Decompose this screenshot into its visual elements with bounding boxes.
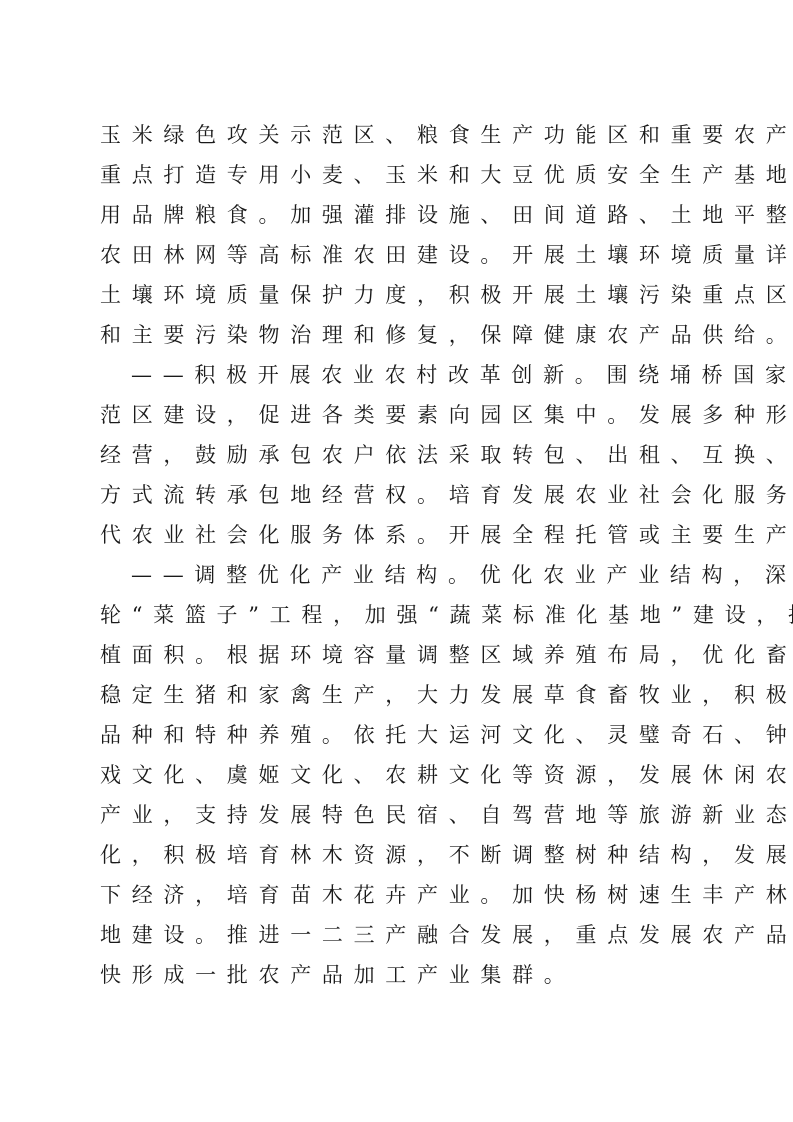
text-line: 产业，支持发展特色民宿、自驾营地等旅游新业态。依托荒山绿 <box>100 795 710 835</box>
paragraph-1: 玉米绿色攻关示范区、粮食生产功能区和重要农产品生产保护区。 重点打造专用小麦、玉… <box>100 115 710 355</box>
text-line: 轮“菜篮子”工程，加强“蔬菜标准化基地”建设，提高设施蔬菜种 <box>100 595 710 635</box>
text-line: 稳定生猪和家禽生产，大力发展草食畜牧业，积极发展地方特色 <box>100 675 710 715</box>
text-line: 代农业社会化服务体系。开展全程托管或主要生产环节托管。 <box>100 515 710 555</box>
text-line: 戏文化、虞姬文化、农耕文化等资源，发展休闲农业和生态旅游 <box>100 755 710 795</box>
text-line: ——积极开展农业农村改革创新。围绕埇桥国家现代农业示 <box>100 355 710 395</box>
body-text: 玉米绿色攻关示范区、粮食生产功能区和重要农产品生产保护区。 重点打造专用小麦、玉… <box>100 115 710 995</box>
text-line: 重点打造专用小麦、玉米和大豆优质安全生产基地，大力发展专 <box>100 155 710 195</box>
text-line: 下经济，培育苗木花卉产业。加快杨树速生丰产林等林木产业基 <box>100 875 710 915</box>
text-line: 化，积极培育林木资源，不断调整树种结构，发展平原林业和林 <box>100 835 710 875</box>
text-line: ——调整优化产业结构。优化农业产业结构，深入实施新一 <box>100 555 710 595</box>
text-line: 农田林网等高标准农田建设。开展土壤环境质量详查，切实加大 <box>100 235 710 275</box>
text-line: 品种和特种养殖。依托大运河文化、灵璧奇石、钟馗文化、泗州 <box>100 715 710 755</box>
text-line: 地建设。推进一二三产融合发展，重点发展农产品精深加工，加 <box>100 915 710 955</box>
paragraph-3: ——调整优化产业结构。优化农业产业结构，深入实施新一 轮“菜篮子”工程，加强“蔬… <box>100 555 710 995</box>
text-line: 范区建设，促进各类要素向园区集中。发展多种形式的适度规模 <box>100 395 710 435</box>
text-line: 用品牌粮食。加强灌排设施、田间道路、土地平整、土壤增肥、 <box>100 195 710 235</box>
document-page: 玉米绿色攻关示范区、粮食生产功能区和重要农产品生产保护区。 重点打造专用小麦、玉… <box>0 0 793 1122</box>
text-line: 经营，鼓励承包农户依法采取转包、出租、互换、转让及入股等 <box>100 435 710 475</box>
text-line: 植面积。根据环境容量调整区域养殖布局，优化畜禽养殖结构， <box>100 635 710 675</box>
text-line: 土壤环境质量保护力度，积极开展土壤污染重点区域、重点行业 <box>100 275 710 315</box>
text-line: 方式流转承包地经营权。培育发展农业社会化服务组织，建立现 <box>100 475 710 515</box>
text-line: 玉米绿色攻关示范区、粮食生产功能区和重要农产品生产保护区。 <box>100 115 710 155</box>
text-line: 快形成一批农产品加工产业集群。 <box>100 955 710 995</box>
text-line: 和主要污染物治理和修复，保障健康农产品供给。 <box>100 315 710 355</box>
paragraph-2: ——积极开展农业农村改革创新。围绕埇桥国家现代农业示 范区建设，促进各类要素向园… <box>100 355 710 555</box>
